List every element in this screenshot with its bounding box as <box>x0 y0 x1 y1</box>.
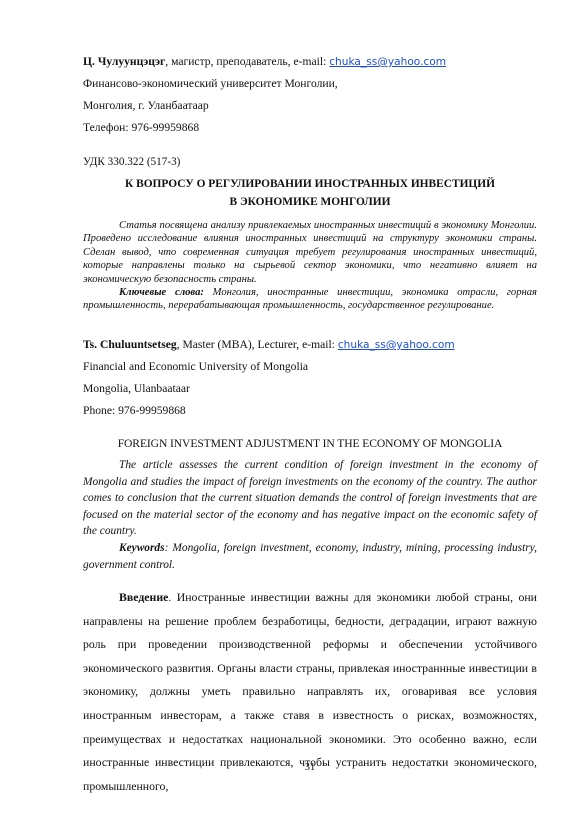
author-ru-affiliation: Финансово-экономический университет Монг… <box>83 77 338 91</box>
introduction-label: Введение <box>119 590 168 604</box>
author-ru-details: , магистр, преподаватель, e-mail: <box>165 55 329 68</box>
author-ru-name: Ц. Чулуунцэцэг <box>83 55 165 68</box>
abstract-en: The article assesses the current conditi… <box>83 457 537 573</box>
keywords-en: Keywords: Mongolia, foreign investment, … <box>83 540 537 573</box>
abstract-ru-text: Статья посвящена анализу привлекаемых ин… <box>83 219 537 286</box>
keywords-ru-label: Ключевые слова: <box>119 287 204 298</box>
title-en: FOREIGN INVESTMENT ADJUSTMENT IN THE ECO… <box>83 437 537 451</box>
abstract-en-text: The article assesses the current conditi… <box>83 457 537 540</box>
author-ru-phone: Телефон: 976-99959868 <box>83 121 199 135</box>
author-en-email-link[interactable]: chuka_ss@yahoo.com <box>338 339 455 351</box>
author-ru-location: Монголия, г. Уланбаатаар <box>83 99 209 113</box>
author-ru-line: Ц. Чулуунцэцэг, магистр, преподаватель, … <box>83 55 446 69</box>
keywords-ru: Ключевые слова: Монголия, иностранные ин… <box>83 286 537 313</box>
author-en-phone: Phone: 976-99959868 <box>83 404 186 418</box>
author-en-line: Ts. Chuluuntsetseg, Master (MBA), Lectur… <box>83 338 455 352</box>
title-ru-line1: К ВОПРОСУ О РЕГУЛИРОВАНИИ ИНОСТРАННЫХ ИН… <box>83 177 537 191</box>
page-number: 31 <box>83 762 537 773</box>
author-en-details: , Master (MBA), Lecturer, e-mail: <box>177 338 338 351</box>
author-en-name: Ts. Chuluuntsetseg <box>83 338 177 351</box>
author-ru-email-link[interactable]: chuka_ss@yahoo.com <box>329 56 446 68</box>
author-en-affiliation: Financial and Economic University of Mon… <box>83 360 308 374</box>
author-en-location: Mongolia, Ulanbaataar <box>83 382 190 396</box>
udk-code: УДК 330.322 (517-3) <box>83 155 180 169</box>
abstract-ru: Статья посвящена анализу привлекаемых ин… <box>83 219 537 313</box>
title-ru-line2: В ЭКОНОМИКЕ МОНГОЛИИ <box>83 195 537 209</box>
keywords-en-label: Keywords <box>119 542 165 554</box>
